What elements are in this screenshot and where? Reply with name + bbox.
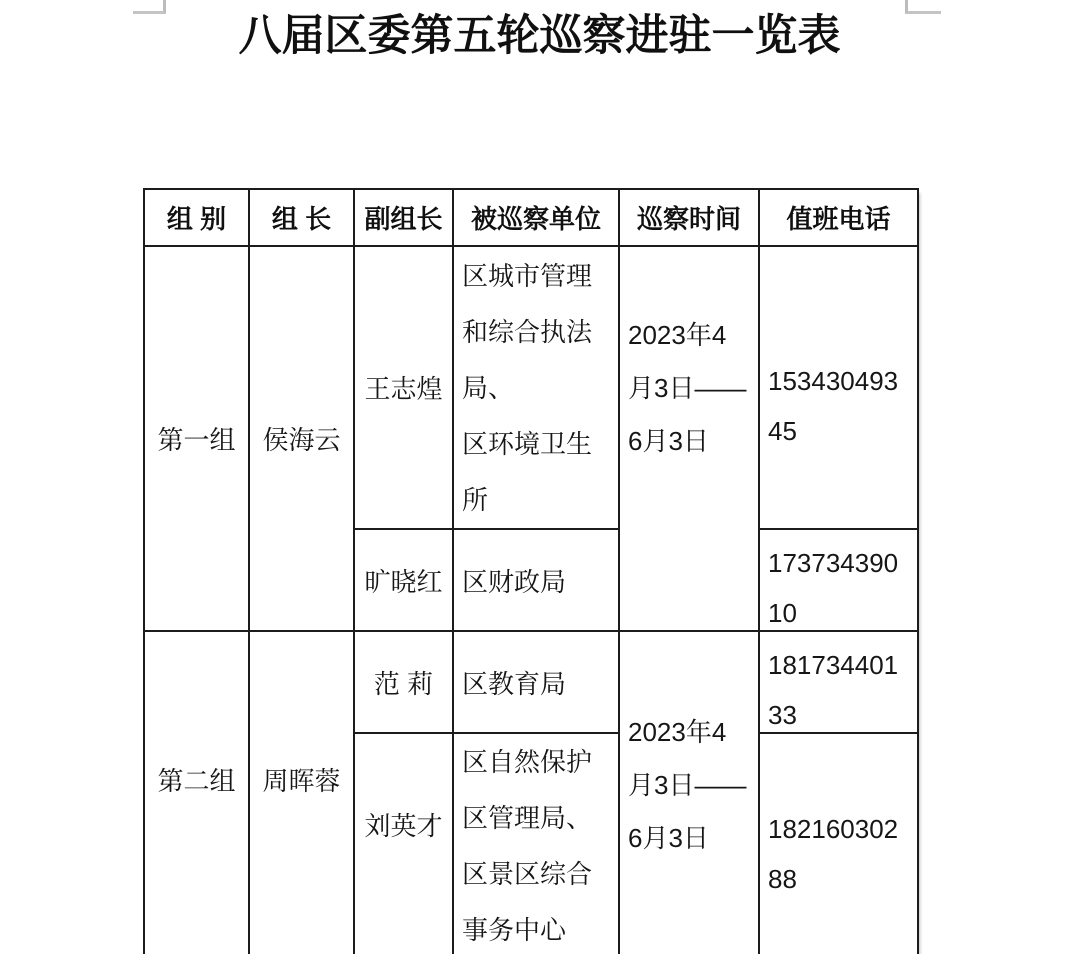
cell-text: 2023年4 月3日—— 6月3日 — [620, 309, 758, 468]
header-time-col: 巡察时间 — [619, 189, 759, 246]
time-cell: 2023年4 月3日—— 6月3日 — [619, 631, 759, 954]
cell-text: 第一组 — [145, 420, 248, 457]
group-cell: 第二组 — [144, 631, 249, 954]
deputy-cell: 旷晓红 — [354, 529, 453, 631]
cell-text: 区城市管理 和综合执法 局、 区环境卫生 所 — [454, 248, 618, 528]
unit-cell: 区教育局 — [453, 631, 619, 733]
phone-cell: 153430493 45 — [759, 246, 918, 529]
deputy-cell: 王志煌 — [354, 246, 453, 529]
table-row: 第二组 周晖蓉 范 莉 区教育局 2023年4 月3日—— 6月3日 18173… — [144, 631, 918, 733]
header-phone-col: 值班电话 — [759, 189, 918, 246]
header-unit-col: 被巡察单位 — [453, 189, 619, 246]
cell-text: 153430493 45 — [760, 356, 917, 456]
phone-cell: 173734390 10 — [759, 529, 918, 631]
phone-cell: 181734401 33 — [759, 631, 918, 733]
cell-text: 2023年4 月3日—— 6月3日 — [620, 706, 758, 865]
time-cell: 2023年4 月3日—— 6月3日 — [619, 246, 759, 631]
header-leader-col: 组 长 — [249, 189, 354, 246]
group-cell: 第一组 — [144, 246, 249, 631]
unit-cell: 区财政局 — [453, 529, 619, 631]
leader-cell: 周晖蓉 — [249, 631, 354, 954]
cell-text: 第二组 — [145, 761, 248, 798]
document-page: 八届区委第五轮巡察进驻一览表 组 别 组 长 副组长 被巡察单位 巡察时间 值班… — [0, 0, 1079, 954]
leader-cell: 侯海云 — [249, 246, 354, 631]
cell-text: 范 莉 — [355, 664, 452, 701]
cell-text: 侯海云 — [250, 420, 353, 457]
cell-text: 173734390 10 — [760, 538, 917, 638]
table-row: 第一组 侯海云 王志煌 区城市管理 和综合执法 局、 区环境卫生 所 2023年… — [144, 246, 918, 529]
header-group-col: 组 别 — [144, 189, 249, 246]
header-deputy-col: 副组长 — [354, 189, 453, 246]
deputy-cell: 范 莉 — [354, 631, 453, 733]
cell-text: 182160302 88 — [760, 804, 917, 904]
unit-cell: 区城市管理 和综合执法 局、 区环境卫生 所 — [453, 246, 619, 529]
cell-text: 181734401 33 — [760, 640, 917, 740]
cell-text: 区自然保护 区管理局、 区景区综合 事务中心 — [454, 734, 618, 954]
cell-text: 刘英才 — [355, 806, 452, 843]
deputy-cell: 刘英才 — [354, 733, 453, 954]
cell-text: 区教育局 — [454, 664, 618, 701]
cell-text: 旷晓红 — [355, 562, 452, 599]
cell-text: 区财政局 — [454, 562, 618, 599]
cell-text: 王志煌 — [355, 369, 452, 406]
unit-cell: 区自然保护 区管理局、 区景区综合 事务中心 — [453, 733, 619, 954]
phone-cell: 182160302 88 — [759, 733, 918, 954]
cell-text: 周晖蓉 — [250, 761, 353, 798]
inspection-table: 组 别 组 长 副组长 被巡察单位 巡察时间 值班电话 第一组 侯海云 王志煌 — [143, 188, 919, 954]
table-header-row: 组 别 组 长 副组长 被巡察单位 巡察时间 值班电话 — [144, 189, 918, 246]
page-title: 八届区委第五轮巡察进驻一览表 — [0, 10, 1079, 62]
